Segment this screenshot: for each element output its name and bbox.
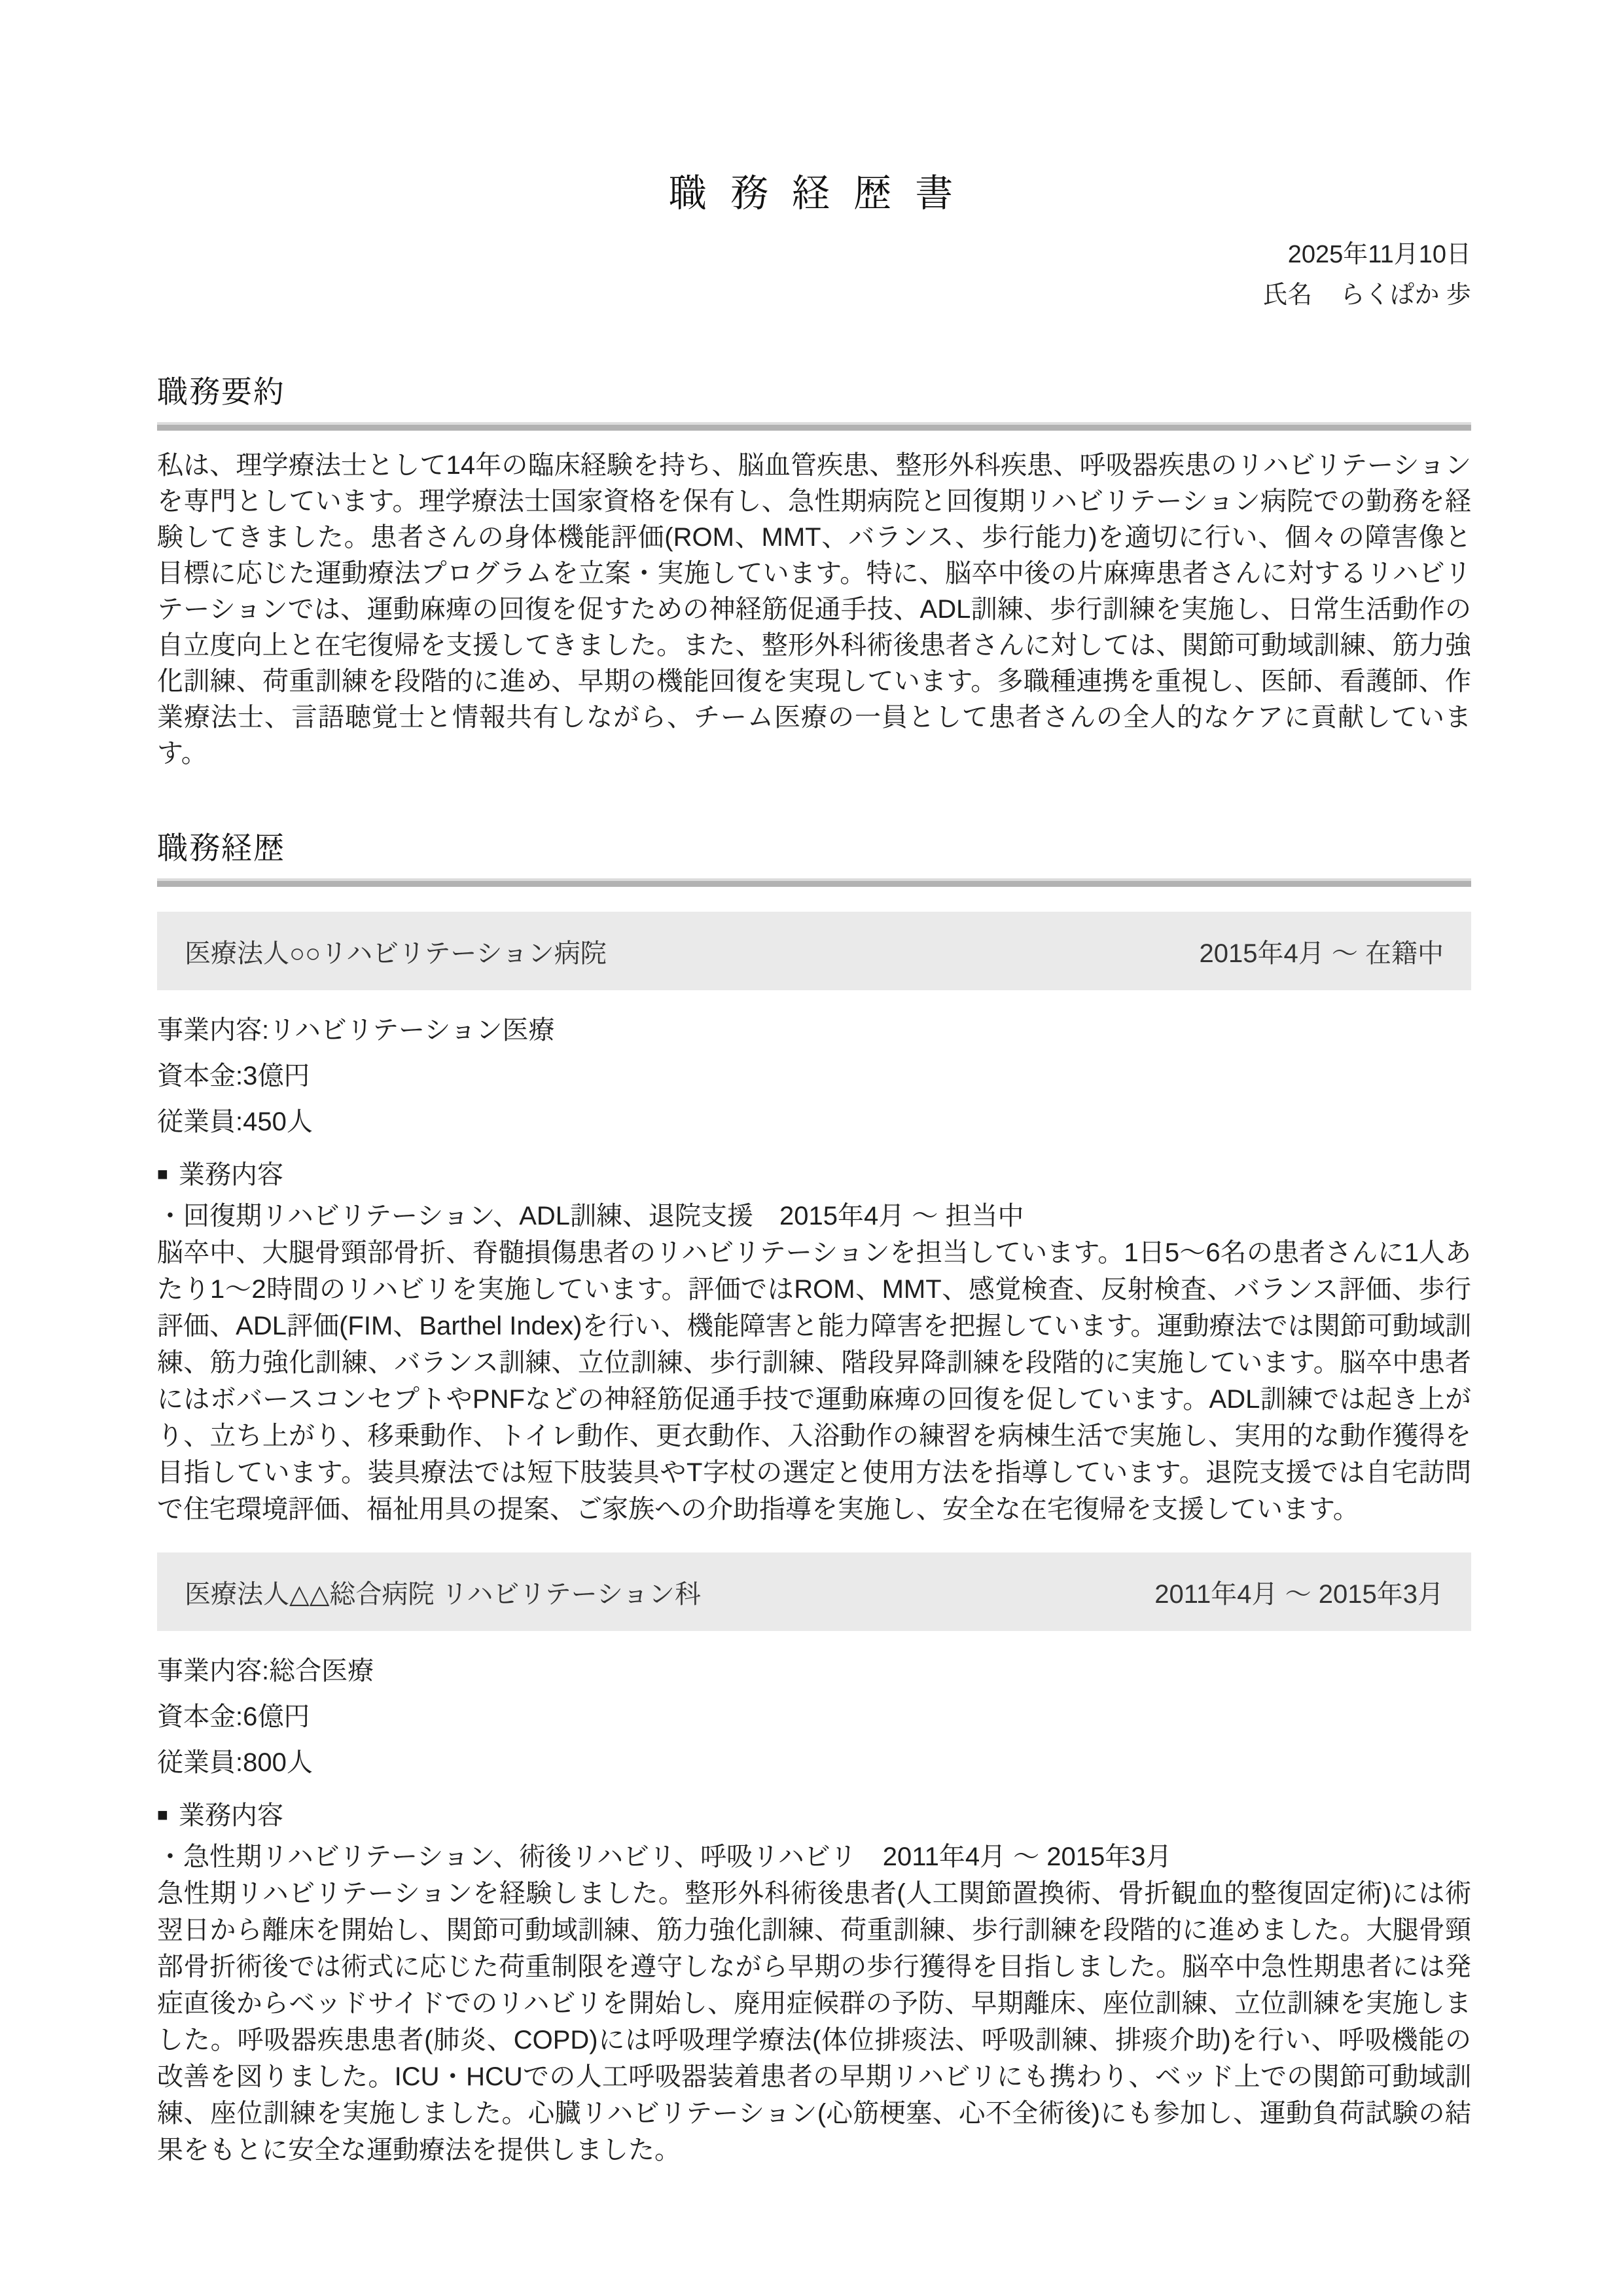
document-date: 2025年11月10日 — [157, 234, 1471, 275]
document-meta: 2025年11月10日 氏名らくぱか 歩 — [157, 234, 1471, 315]
summary-text: 私は、理学療法士として14年の臨床経験を持ち、脳血管疾患、整形外科疾患、呼吸器疾… — [157, 448, 1471, 772]
employment-period: 2015年4月 〜 在籍中 — [1200, 933, 1444, 970]
career-heading-wrap: 職務経歴 — [157, 824, 1471, 887]
square-marker-icon: ■ — [157, 1154, 168, 1194]
summary-section: 職務要約 私は、理学療法士として14年の臨床経験を持ち、脳血管疾患、整形外科疾患… — [157, 368, 1471, 772]
duty-description-1: 脳卒中、大腿骨頸部骨折、脊髄損傷患者のリハビリテーションを担当しています。1日5… — [157, 1234, 1471, 1528]
detail-row-employees: 従業員:800人 — [157, 1740, 1471, 1785]
duty-title-1: ・回復期リハビリテーション、ADL訓練、退院支援 2015年4月 〜 担当中 — [157, 1198, 1471, 1234]
page-content: 職 務 経 歴 書 2025年11月10日 氏名らくぱか 歩 職務要約 私は、理… — [0, 0, 1623, 2168]
section-heading-career: 職務経歴 — [157, 824, 1471, 868]
document-title: 職 務 経 歴 書 — [157, 0, 1471, 217]
section-divider — [157, 422, 1471, 431]
duty-description-2: 急性期リハビリテーションを経験しました。整形外科術後患者(人工関節置換術、骨折観… — [157, 1875, 1471, 2168]
company-name: 医療法人○○リハビリテーション病院 — [185, 933, 607, 970]
square-marker-icon: ■ — [157, 1795, 168, 1835]
duties-heading-label: 業務内容 — [179, 1801, 283, 1830]
detail-row-capital: 資本金:6億円 — [157, 1694, 1471, 1740]
duties-heading-1: ■業務内容 — [157, 1154, 1471, 1195]
detail-row-business: 事業内容:リハビリテーション医療 — [157, 1007, 1471, 1053]
company-header-2: 医療法人△△総合病院 リハビリテーション科 2011年4月 〜 2015年3月 — [157, 1552, 1471, 1631]
career-section: 職務経歴 医療法人○○リハビリテーション病院 2015年4月 〜 在籍中 事業内… — [157, 824, 1471, 2168]
duty-title-2: ・急性期リハビリテーション、術後リハビリ、呼吸リハビリ 2011年4月 〜 20… — [157, 1839, 1471, 1875]
detail-row-capital: 資本金:3億円 — [157, 1053, 1471, 1099]
name-label: 氏名 — [1262, 281, 1312, 309]
company-details-1: 事業内容:リハビリテーション医療 資本金:3億円 従業員:450人 — [157, 1007, 1471, 1145]
applicant-name-line: 氏名らくぱか 歩 — [157, 275, 1471, 315]
employment-period: 2011年4月 〜 2015年3月 — [1154, 1573, 1444, 1611]
detail-row-business: 事業内容:総合医療 — [157, 1648, 1471, 1694]
duties-heading-2: ■業務内容 — [157, 1795, 1471, 1836]
resume-page: 職 務 経 歴 書 2025年11月10日 氏名らくぱか 歩 職務要約 私は、理… — [0, 0, 1623, 2296]
section-heading-summary: 職務要約 — [157, 368, 1471, 412]
name-value: らくぱか 歩 — [1340, 281, 1471, 309]
section-divider — [157, 878, 1471, 887]
duties-heading-label: 業務内容 — [179, 1160, 283, 1189]
summary-heading-wrap: 職務要約 — [157, 368, 1471, 431]
detail-row-employees: 従業員:450人 — [157, 1099, 1471, 1145]
company-header-1: 医療法人○○リハビリテーション病院 2015年4月 〜 在籍中 — [157, 912, 1471, 990]
company-details-2: 事業内容:総合医療 資本金:6億円 従業員:800人 — [157, 1648, 1471, 1785]
company-name: 医療法人△△総合病院 リハビリテーション科 — [185, 1573, 701, 1611]
